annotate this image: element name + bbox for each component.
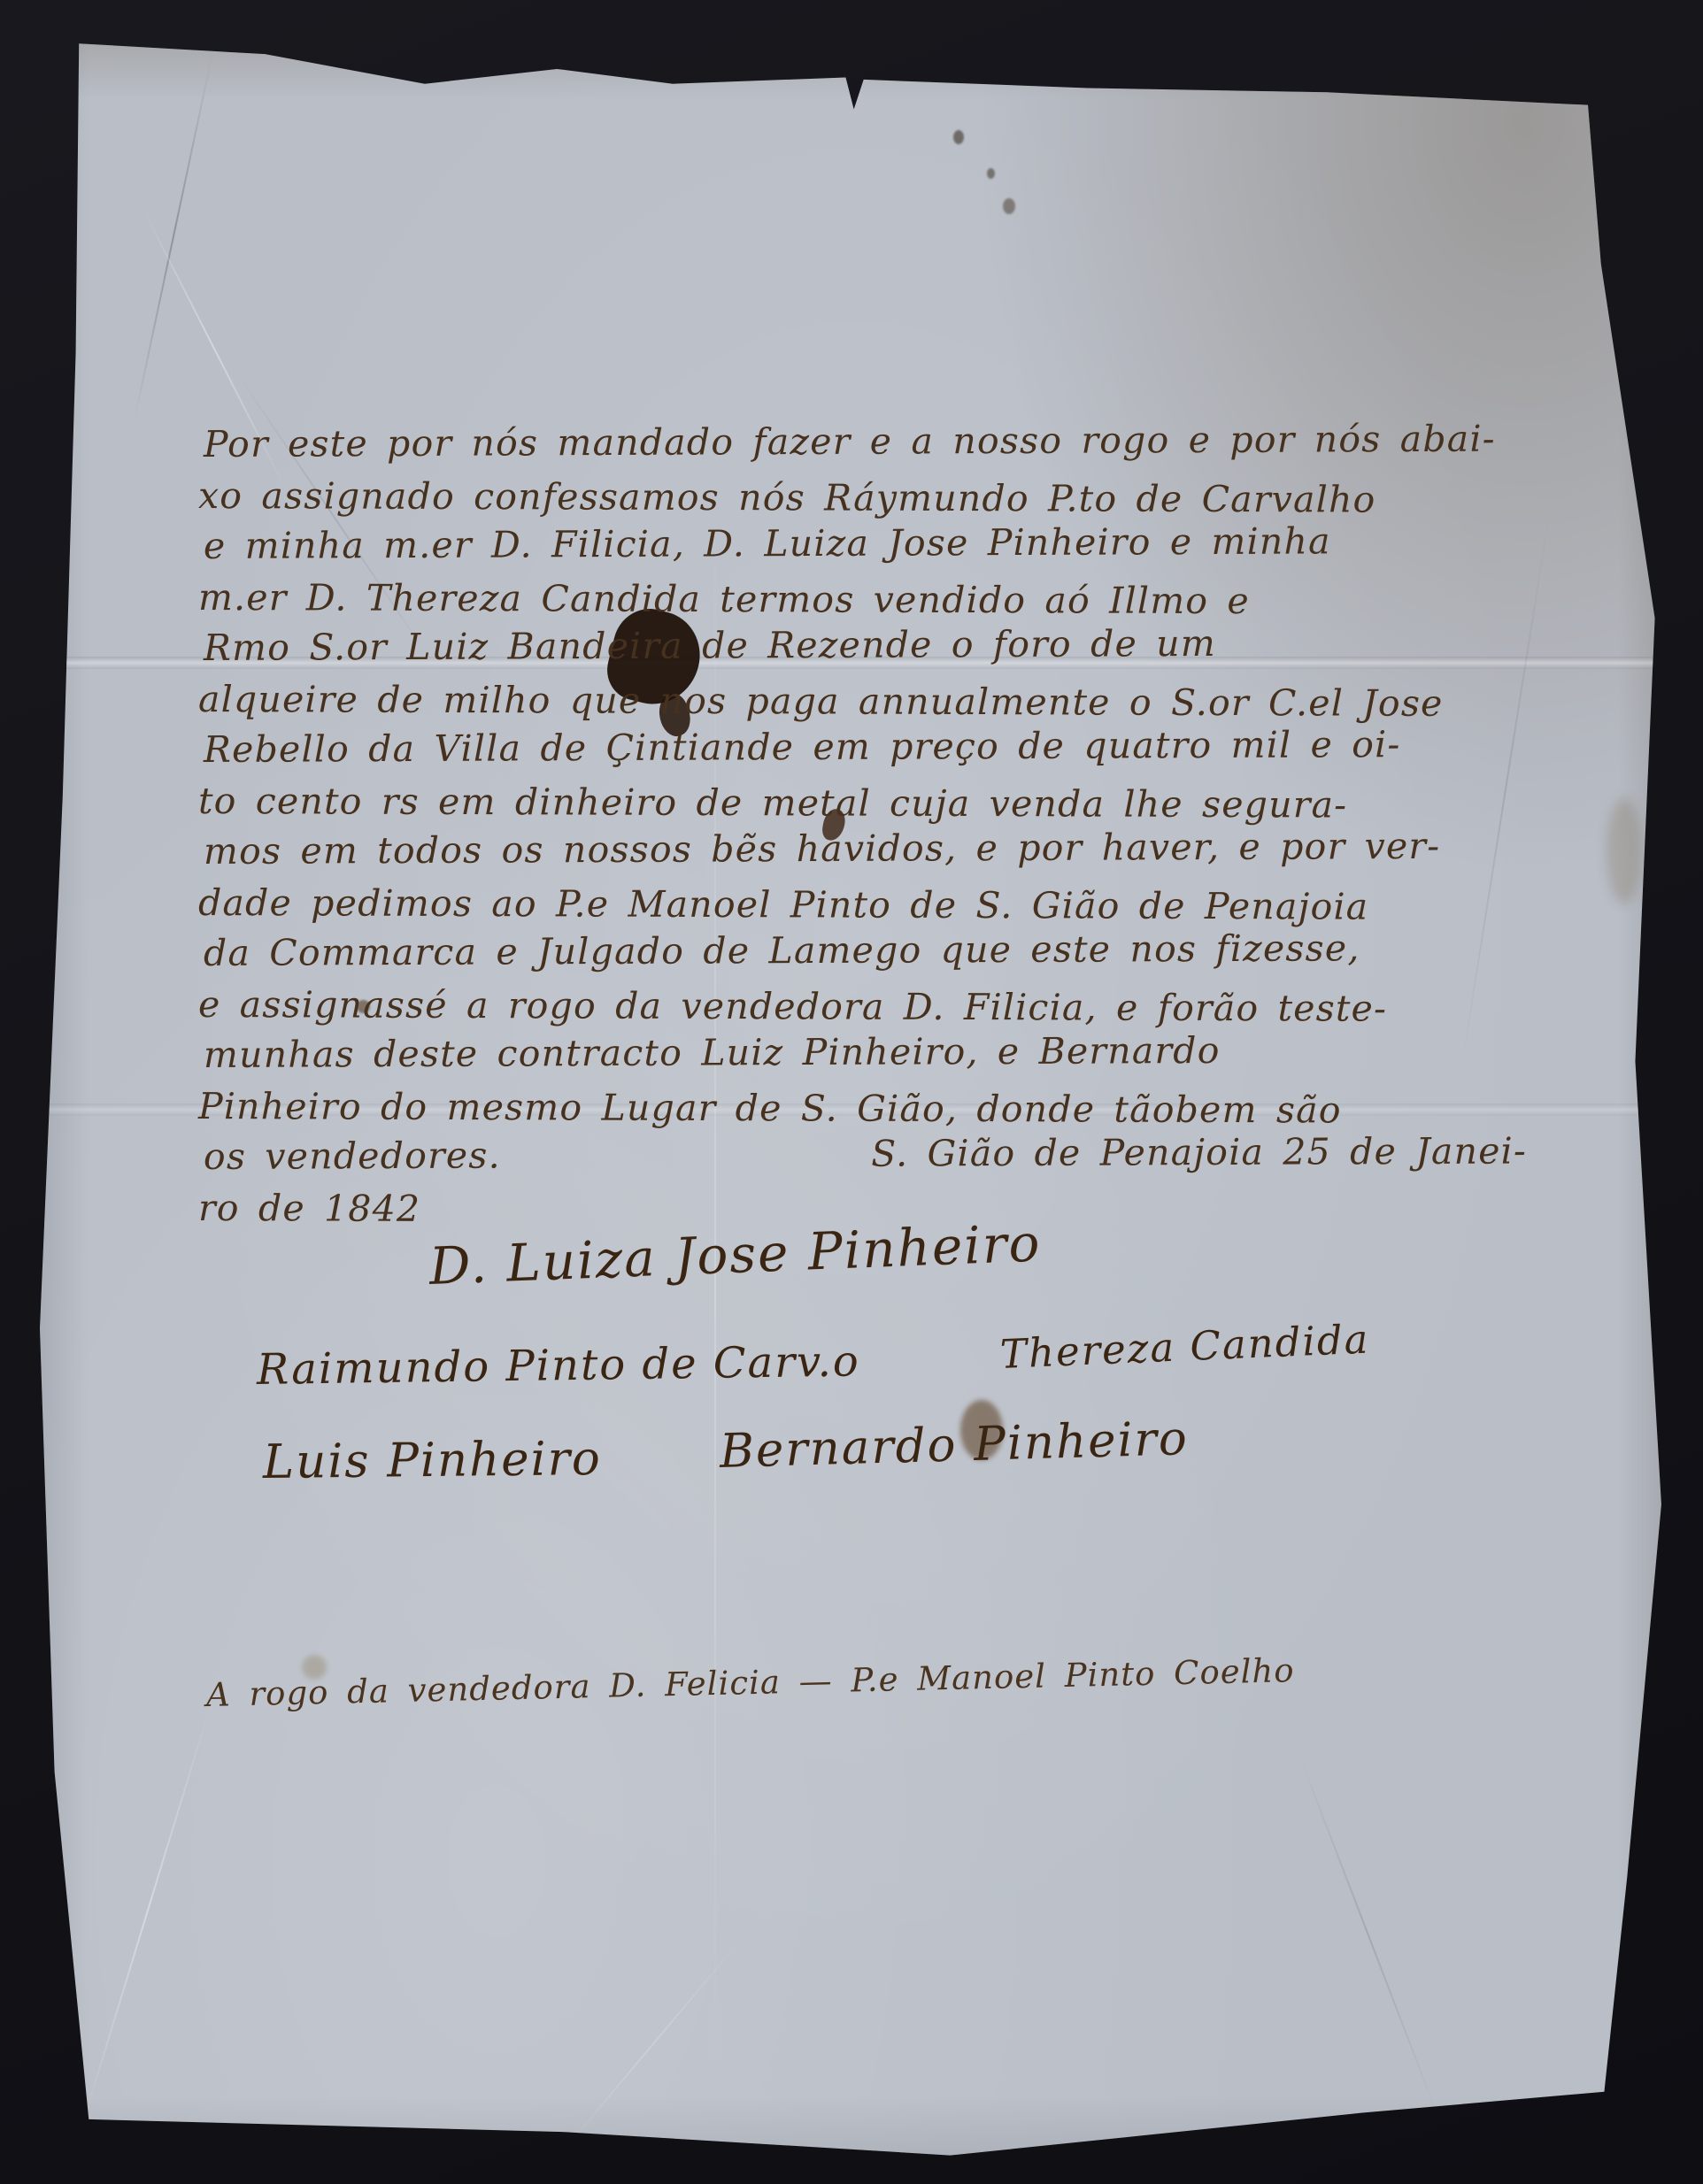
manuscript-line: Rmo S.or Luiz Bandeira de Rezende o foro… xyxy=(204,617,1527,673)
manuscript-line: mos em todos os nossos bẽs havidos, e po… xyxy=(204,820,1527,877)
closing-left: os vendedores. xyxy=(204,1131,501,1183)
manuscript-paper-sheet: Por este por nós mandado fazer e a nosso… xyxy=(40,37,1671,2157)
signature-thereza-candida: Thereza Candida xyxy=(999,1316,1371,1378)
paper-crease xyxy=(566,1943,737,2148)
manuscript-line: Rebello da Villa de Çintiande em preço d… xyxy=(204,719,1527,775)
stain xyxy=(1607,798,1642,904)
manuscript-line: da Commarca e Julgado de Lamego que este… xyxy=(204,922,1527,979)
manuscript-line: Por este por nós mandado fazer e a nosso… xyxy=(204,413,1527,470)
manuscript-line: e minha m.er D. Filicia, D. Luiza Jose P… xyxy=(204,515,1527,572)
paper-crease xyxy=(84,1710,210,2117)
paper-crease xyxy=(1299,1757,1437,2113)
paper-crease xyxy=(134,54,212,418)
photograph-of-manuscript: Por este por nós mandado fazer e a nosso… xyxy=(0,0,1703,2184)
stain xyxy=(953,130,964,144)
closing-right: S. Gião de Penajoia 25 de Janei- xyxy=(871,1126,1527,1180)
manuscript-line: munhas deste contracto Luiz Pinheiro, e … xyxy=(204,1024,1527,1080)
signature-raimundo-pinto: Raimundo Pinto de Carv.o xyxy=(257,1336,860,1395)
notary-footnote: A rogo da vendedora D. Felicia — P.e Man… xyxy=(206,1651,1295,1714)
manuscript-body: Por este por nós mandado fazer e a nosso… xyxy=(204,419,1527,1234)
stain xyxy=(987,168,995,179)
signature-luis-pinheiro: Luis Pinheiro xyxy=(263,1432,602,1489)
signature-bernardo-pinheiro: Bernardo Pinheiro xyxy=(719,1411,1189,1479)
manuscript-closing-line: os vendedores. S. Gião de Penajoia 25 de… xyxy=(204,1126,1527,1182)
stain xyxy=(1003,198,1015,214)
